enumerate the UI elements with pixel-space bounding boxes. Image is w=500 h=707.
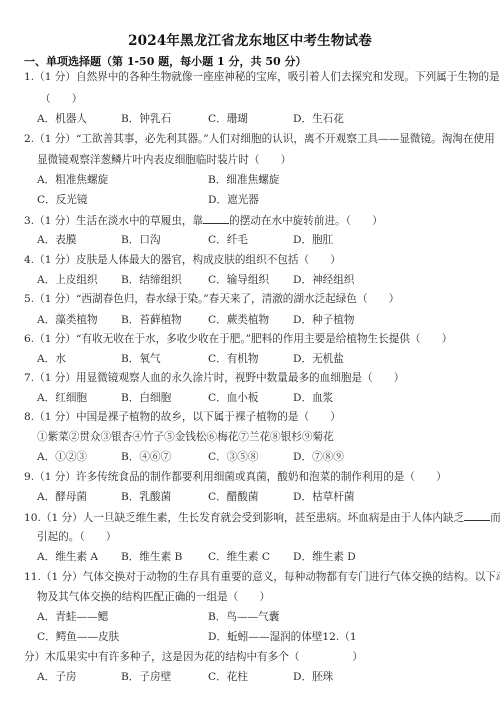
question-2-option-d[interactable]: D．遮光器 (208, 193, 259, 207)
question-8-item-list: ①紫菜②贯众③银杏④竹子⑤金钱松⑥梅花⑦兰花⑧银杉⑨菊花 (37, 430, 334, 444)
question-1-option-c[interactable]: C．珊瑚 (208, 112, 248, 126)
question-2-option-a[interactable]: A．粗准焦螺旋 (37, 173, 108, 187)
question-12-stem: 分）木瓜果实中有许多种子，这是因为花的结构中有多个（ ） (24, 650, 363, 664)
question-9-option-d[interactable]: D．枯草杆菌 (293, 490, 354, 504)
question-1-stem-cont: （ ） (40, 92, 82, 106)
question-2-stem: 2.（1 分）“工欲善其事，必先利其器。”人们对细胞的认识，离不开观察工具——显… (24, 132, 495, 146)
question-9-stem: 9.（1 分）许多传统食品的制作都要利用细菌或真菌，酸奶和泡菜的制作利用的是（ … (24, 470, 447, 484)
question-10-stem-cont: 引起的。（ ） (37, 530, 116, 544)
section-heading: 一、单项选择题（第 1-50 题，每小题 1 分，共 50 分） (24, 53, 306, 69)
exam-page: 2024年黑龙江省龙东地区中考生物试卷 一、单项选择题（第 1-50 题，每小题… (0, 0, 500, 707)
question-6-option-c[interactable]: C．有机物 (208, 352, 258, 366)
question-7-option-b[interactable]: B．白细胞 (121, 391, 171, 405)
question-12-option-b[interactable]: B．子房壁 (121, 670, 171, 684)
question-5-option-c[interactable]: C．蕨类植物 (208, 313, 269, 327)
question-4-option-c[interactable]: C．输导组织 (208, 273, 269, 287)
question-5-option-b[interactable]: B．苔藓植物 (121, 313, 182, 327)
question-6-option-a[interactable]: A．水 (37, 352, 66, 366)
question-3-option-a[interactable]: A．表膜 (37, 233, 76, 247)
question-10-option-d[interactable]: D．维生素 D (293, 550, 356, 564)
question-10-option-a[interactable]: A．维生素 A (37, 550, 98, 564)
question-11-option-b[interactable]: B．鸟——气囊 (208, 610, 279, 624)
question-2-stem-cont: 显微镜观察洋葱鳞片叶内表皮细胞临时装片时（ ） (37, 153, 291, 167)
question-3-stem-part2: 的摆动在水中旋转前进。（ ） (229, 215, 383, 227)
question-3-option-c[interactable]: C．纤毛 (208, 233, 248, 247)
fill-in-blank (464, 510, 490, 521)
question-11-option-d[interactable]: D．蚯蚓——湿润的体壁12.（1 (208, 630, 357, 644)
question-2-option-b[interactable]: B．细准焦螺旋 (208, 173, 279, 187)
question-12-option-a[interactable]: A．子房 (37, 670, 76, 684)
question-5-option-a[interactable]: A．藻类植物 (37, 313, 98, 327)
question-4-option-a[interactable]: A．上皮组织 (37, 273, 98, 287)
exam-title: 2024年黑龙江省龙东地区中考生物试卷 (0, 29, 500, 49)
question-11-stem-cont: 物及其气体交换的结构匹配正确的一组是（ ） (37, 590, 270, 604)
question-3-option-d[interactable]: D．胞肛 (293, 233, 333, 247)
question-6-option-b[interactable]: B．氧气 (121, 352, 161, 366)
question-7-option-d[interactable]: D．血浆 (293, 391, 333, 405)
question-5-stem: 5.（1 分）“西湖春色归，春水绿于染。”春天来了，清澈的湖水泛起绿色（ ） (24, 292, 399, 306)
question-8-stem: 8.（1 分）中国是裸子植物的故乡，以下属于裸子植物的是（ ） (24, 410, 341, 424)
question-9-option-b[interactable]: B．乳酸菌 (121, 490, 171, 504)
question-4-option-d[interactable]: D．神经组织 (293, 273, 354, 287)
question-3-option-b[interactable]: B．口沟 (121, 233, 161, 247)
fill-in-blank (203, 213, 229, 224)
question-9-option-c[interactable]: C．醋酸菌 (208, 490, 258, 504)
question-4-option-b[interactable]: B．结缔组织 (121, 273, 182, 287)
question-10-stem-part1: 10.（1 分）人一旦缺乏维生素，生长发育就会受到影响，甚至患病。坏血病是由于人… (24, 512, 464, 524)
question-11-option-c[interactable]: C．鳄鱼——皮肤 (37, 630, 119, 644)
question-10-option-b[interactable]: B．维生素 B (121, 550, 182, 564)
question-7-option-a[interactable]: A．红细胞 (37, 391, 87, 405)
question-1-stem: 1.（1 分）自然界中的各种生物就像一座座神秘的宝库，吸引着人们去探究和发现。下… (24, 70, 500, 84)
question-12-option-c[interactable]: C．花柱 (208, 670, 248, 684)
question-10-stem: 10.（1 分）人一旦缺乏维生素，生长发育就会受到影响，甚至患病。坏血病是由于人… (24, 510, 500, 525)
question-1-option-a[interactable]: A．机器人 (37, 112, 87, 126)
question-12-option-d[interactable]: D．胚珠 (293, 670, 333, 684)
question-1-option-b[interactable]: B．钟乳石 (121, 112, 171, 126)
question-8-option-c[interactable]: C．③⑤⑧ (208, 450, 258, 464)
question-7-stem: 7.（1 分）用显微镜观察人血的永久涂片时，视野中数量最多的血细胞是（ ） (24, 371, 404, 385)
question-5-option-d[interactable]: D．种子植物 (293, 313, 354, 327)
question-8-option-d[interactable]: D．⑦⑧⑨ (293, 450, 344, 464)
question-3-stem: 3.（1 分）生活在淡水中的草履虫，靠的摆动在水中旋转前进。（ ） (24, 213, 383, 228)
question-3-stem-part1: 3.（1 分）生活在淡水中的草履虫，靠 (24, 215, 203, 227)
question-10-stem-part2: 而 (490, 512, 500, 524)
question-6-stem: 6.（1 分）“有收无收在于水，多收少收在于肥。”肥料的作用主要是给植物生长提供… (24, 332, 452, 346)
question-8-option-b[interactable]: B．④⑥⑦ (121, 450, 171, 464)
question-9-option-a[interactable]: A．酵母菌 (37, 490, 87, 504)
question-4-stem: 4.（1 分）皮肤是人体最大的器官，构成皮肤的组织不包括（ ） (24, 253, 341, 267)
question-1-option-d[interactable]: D．生石花 (293, 112, 344, 126)
question-7-option-c[interactable]: C．血小板 (208, 391, 258, 405)
question-11-option-a[interactable]: A．青蛙——鳃 (37, 610, 108, 624)
question-2-option-c[interactable]: C．反光镜 (37, 193, 87, 207)
question-8-option-a[interactable]: A．①②③ (37, 450, 87, 464)
question-6-option-d[interactable]: D．无机盐 (293, 352, 344, 366)
question-11-stem: 11.（1 分）气体交换对于动物的生存具有重要的意义，每种动物都有专门进行气体交… (24, 570, 500, 584)
question-10-option-c[interactable]: C．维生素 C (208, 550, 270, 564)
